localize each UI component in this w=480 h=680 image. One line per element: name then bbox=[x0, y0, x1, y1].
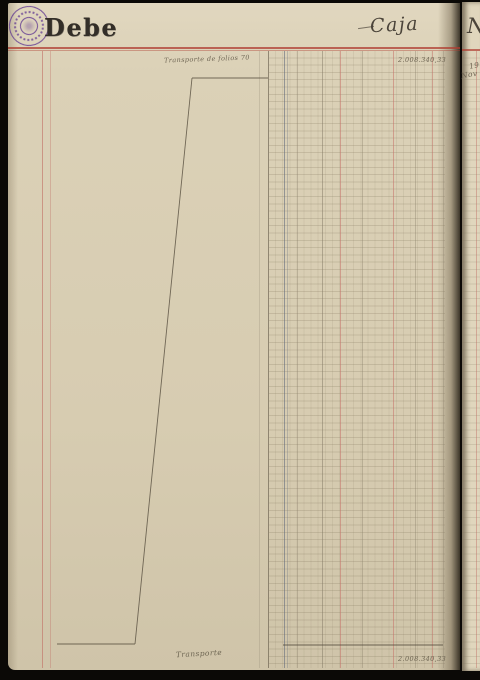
carry-forward-top-amount: 2.008.340,33 bbox=[398, 56, 446, 64]
void-strike-lines bbox=[0, 0, 480, 680]
debit-heading: Debe bbox=[44, 13, 118, 42]
account-title: Caja bbox=[369, 13, 419, 38]
carry-forward-bottom-amount: 2.008.340,33 bbox=[398, 655, 446, 663]
facing-page-heading-partial: N bbox=[467, 14, 480, 38]
